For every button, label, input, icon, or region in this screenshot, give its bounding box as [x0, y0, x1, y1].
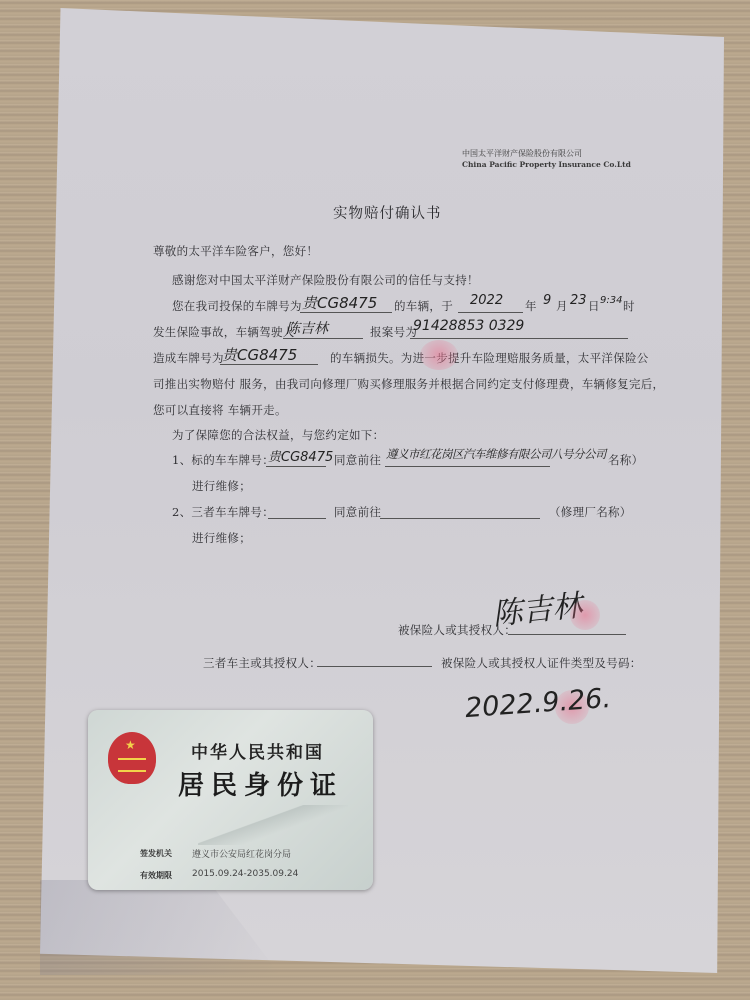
- plate-handwritten: 贵CG8475: [302, 292, 377, 313]
- item2-plate-field: [268, 518, 326, 519]
- para1-text: 造成车牌号为: [153, 350, 224, 366]
- plate2-handwritten: 贵CG8475: [222, 344, 297, 365]
- third-party-signature-line: [317, 666, 432, 667]
- year-underline: [458, 312, 523, 313]
- item1-shop-underline: [385, 466, 550, 467]
- gate-icon: [118, 758, 146, 772]
- item1-shop-handwritten: 遵义市红花岗区汽车维修有限公司八号分公司: [386, 446, 606, 462]
- id-issuer-value: 遵义市公安局红花岗分局: [192, 847, 291, 860]
- month-handwritten: 9: [543, 293, 551, 308]
- day-handwritten: 23: [570, 293, 587, 308]
- para1-text: 发生保险事故，车辆驾驶人: [153, 324, 295, 340]
- third-party-label: 三者车主或其授权人：: [203, 655, 321, 671]
- item1-suffix: 名称）: [608, 452, 643, 468]
- company-name-en: China Pacific Property Insurance Co.Ltd: [462, 160, 631, 169]
- star-icon: ★: [125, 738, 136, 752]
- insured-label: 被保险人或其授权人：: [398, 622, 516, 638]
- para1-text: 司推出实物赔付 服务，由我司向修理厂购买修理服务并根据合同约定支付修理费，车辆修…: [153, 376, 664, 392]
- id-issuer-label: 签发机关: [140, 848, 172, 859]
- report-no-handwritten: 91428853 0329: [413, 318, 524, 334]
- seal-mark: [420, 340, 458, 370]
- item2-repair: 进行维修；: [192, 530, 251, 546]
- item1-repair: 进行维修；: [192, 478, 251, 494]
- id-validity-label: 有效期限: [140, 870, 172, 881]
- id-card: ★ 中华人民共和国 居民身份证 签发机关 遵义市公安局红花岗分局 有效期限 20…: [88, 710, 373, 890]
- great-wall-watermark: [198, 805, 348, 845]
- greeting: 尊敬的太平洋车险客户，您好！: [153, 243, 318, 259]
- seal-mark: [570, 600, 600, 630]
- id-card-title: 居民身份证: [178, 765, 343, 802]
- item2-label: 2、三者车车牌号：: [172, 504, 274, 520]
- para1-text: 年: [525, 298, 537, 314]
- item1-label: 1、标的车车牌号：: [172, 452, 274, 468]
- id-validity-value: 2015.09.24-2035.09.24: [192, 869, 298, 879]
- insured-signature-line: [508, 634, 626, 635]
- report-underline: [410, 338, 628, 339]
- item1-plate-handwritten: 贵CG8475: [268, 446, 333, 465]
- item2-shop-field: [380, 518, 540, 519]
- document-title: 实物赔付确认书: [333, 202, 442, 223]
- agree-intro: 为了保障您的合法权益，与您约定如下：: [172, 427, 384, 443]
- year-handwritten: 2022: [470, 293, 503, 308]
- company-name-cn: 中国太平洋财产保险股份有限公司: [462, 148, 582, 159]
- id-card-country: 中华人民共和国: [191, 738, 324, 763]
- item1-plate-underline: [266, 466, 326, 467]
- driver-handwritten: 陈吉林: [286, 318, 328, 338]
- para1-text: 时: [623, 298, 635, 314]
- item1-agree: 同意前往: [334, 452, 381, 468]
- para1-text: 月: [556, 298, 568, 314]
- para1-text: 日: [588, 298, 600, 314]
- para1-text: 的车辆，于: [394, 298, 453, 314]
- para1-text: 您可以直接将 车辆开走。: [153, 402, 287, 418]
- time-handwritten: 9:34: [600, 295, 622, 306]
- national-emblem-icon: ★: [108, 732, 156, 784]
- item2-agree: 同意前往: [334, 504, 381, 520]
- para1-text: 您在我司投保的车牌号为: [172, 298, 302, 314]
- para1-text: 的车辆损失。为进一步提升车险理赔服务质量，太平洋保险公: [330, 350, 649, 366]
- driver-underline: [283, 338, 363, 339]
- id-type-label: 被保险人或其授权人证件类型及号码：: [441, 655, 642, 671]
- thanks-line: 感谢您对中国太平洋财产保险股份有限公司的信任与支持！: [172, 272, 479, 288]
- item2-suffix: （修理厂名称）: [549, 504, 632, 520]
